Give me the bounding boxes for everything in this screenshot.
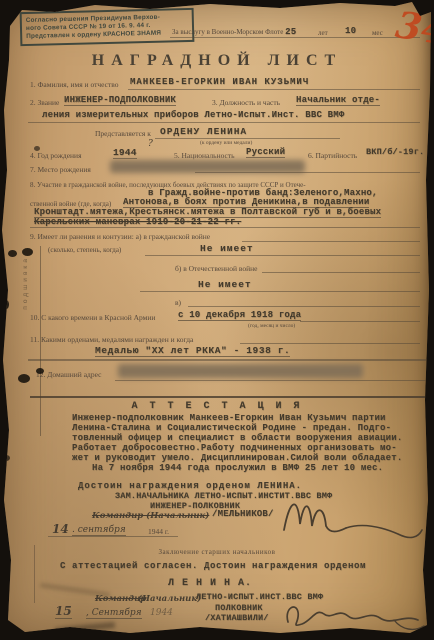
- field11-value: Медалью "XX лет РККА" - 1938 г.: [95, 345, 290, 357]
- attestation-line1: Инженер-подполковник Манкеев-Егоркин Ива…: [72, 413, 386, 423]
- field4-value: 1944: [113, 147, 137, 159]
- field3-value-line1: Начальник отде-: [296, 95, 380, 106]
- service-months-unit: мес: [372, 29, 383, 37]
- date2-year: 1944: [150, 608, 173, 618]
- date1-year: 1944 г.: [148, 527, 169, 536]
- date2-day: 15: [55, 604, 72, 619]
- margin-vertical-text: подшивка: [22, 256, 29, 310]
- attestation-line6: На 7 ноября 1944 года прослужил в ВМФ 25…: [92, 463, 383, 473]
- attestation-line5: жет и руководит умело. Дисциплинирован.С…: [72, 453, 402, 463]
- conclusion-rank: ПОЛКОВНИК: [215, 603, 263, 613]
- field1-label: 1. Фамилия, имя и отчество: [30, 80, 119, 89]
- field10-sub-label: (год, месяц и число): [248, 323, 295, 329]
- field9b-label: б) в Отечественной войне: [175, 264, 257, 273]
- attestation-heading: А Т Т Е С Т А Ц И Я: [0, 401, 434, 412]
- worthy-line: Достоин награждения орденом ЛЕНИНА.: [78, 481, 302, 491]
- ink-blob: [8, 250, 17, 257]
- field5-label: 5. Национальность: [174, 151, 235, 160]
- present-note: (к ордену или медали): [200, 140, 252, 146]
- service-line: За выслугу в Военно-Морском Флоте 25: [172, 27, 296, 37]
- ink-blob: [34, 146, 40, 151]
- service-months: 10: [345, 26, 356, 36]
- field8-value-line4: Карельских маневрах 1919-20-21-22 гг.: [34, 217, 241, 227]
- field9-sub-label: (сколько, степень, когда): [48, 246, 121, 254]
- date1-day: 14: [52, 522, 69, 536]
- field1-value: МАНКЕЕВ-ЕГОРКИН ИВАН КУЗЬМИЧ: [130, 77, 309, 87]
- service-years: 25: [285, 27, 296, 37]
- conclusion-heading: Заключение старших начальников: [0, 548, 434, 556]
- present-label: Представляется к: [95, 129, 151, 138]
- field3-value-line2: ления измерительных приборов Летно-Испыт…: [42, 110, 344, 120]
- field2-value: ИНЖЕНЕР-ПОДПОЛКОВНИК: [64, 95, 176, 106]
- signer1-name: /МЕЛЬНИКОВ/: [212, 509, 274, 519]
- attestation-line2: Ленина-Сталина и Социалистической Родине…: [72, 423, 391, 433]
- field9a-value: Не имеет: [200, 243, 254, 254]
- pen-smudge: [40, 583, 110, 597]
- field12-label: 12. Домашний адрес: [36, 370, 101, 379]
- date2-month: , Сентября: [86, 608, 142, 619]
- field10-value: с 10 декабря 1918 года: [178, 310, 301, 321]
- signature-khatiashvili: [282, 600, 430, 638]
- pen-smudge: [55, 622, 115, 634]
- margin-vertical-line-lower: [34, 545, 35, 603]
- conclusion-line1: С аттестацией согласен. Достоин награжде…: [60, 561, 366, 571]
- field4-label: 4. Год рождения: [30, 151, 82, 160]
- conclusion-commander-rest: (Начальник): [138, 594, 201, 604]
- attestation-line4: Работает добросовестно.Работу подчиненны…: [72, 443, 397, 453]
- ink-blob: [4, 300, 9, 309]
- field9b-value: Не имеет: [198, 279, 252, 290]
- signer1-commander-label: Командир (Начальник): [92, 511, 209, 521]
- margin-vertical-line: [40, 246, 41, 436]
- red-handwritten-number: 34: [393, 2, 434, 54]
- decree-stamp: Согласно решения Президиума Верхов- ного…: [20, 8, 195, 46]
- service-years-unit: лет: [318, 29, 328, 37]
- field12-redaction: [118, 364, 363, 378]
- field7-label: 7. Место рождения: [30, 165, 91, 174]
- ink-blob: [3, 455, 10, 461]
- field10-label: 10. С какого времени в Красной Армии: [30, 313, 155, 322]
- field9-label: 9. Имеет ли ранения и контузии: а) в гра…: [30, 232, 210, 241]
- field2-label: 2. Звание: [30, 98, 59, 107]
- attestation-line3: товленный офицер и специалист в области …: [72, 433, 402, 443]
- field5-value: Русский: [246, 147, 285, 158]
- field4-pen-mark: ?: [148, 139, 153, 149]
- field6-value: ВКП/б/-19г.: [366, 147, 424, 157]
- signer2-name: /ХАТИАШВИЛИ/: [205, 613, 269, 623]
- service-label: За выслугу в Военно-Морском Флоте: [172, 28, 283, 36]
- date1-month: . сентября: [72, 525, 126, 536]
- scanned-award-document: Согласно решения Президиума Верхов- ного…: [0, 0, 434, 640]
- ink-blob: [18, 374, 30, 383]
- present-value: ОРДЕНУ ЛЕНИНА: [160, 126, 247, 137]
- paper-sheet: Согласно решения Президиума Верхов- ного…: [0, 0, 434, 640]
- conclusion-line2: Л Е Н И Н А.: [168, 578, 252, 589]
- field6-label: 6. Партийность: [308, 151, 357, 160]
- field3-label: 3. Должность и часть: [212, 98, 280, 107]
- signature-melnikov: [280, 488, 430, 548]
- ink-blob: [36, 368, 44, 374]
- field11-label: 11. Какими орденами, медалями награжден …: [30, 335, 193, 344]
- field9c-label: в): [175, 298, 181, 307]
- document-title: НАГРАДНОЙ ЛИСТ: [0, 52, 434, 70]
- ink-blob: [22, 248, 33, 256]
